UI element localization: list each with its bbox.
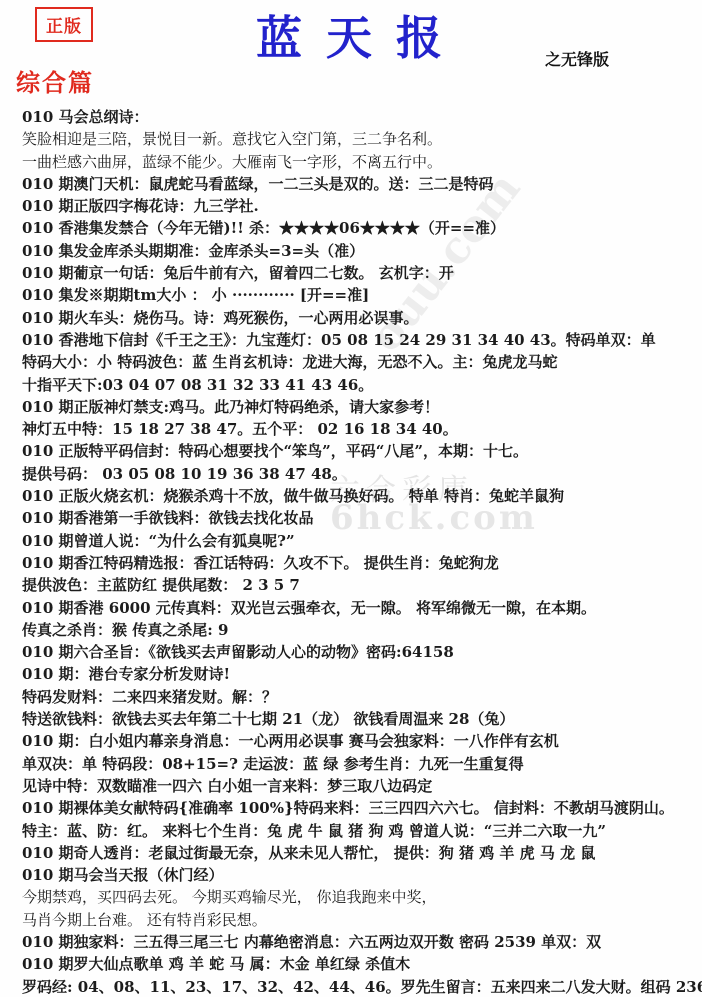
- text-line: 010 期裸体美女献特码{准确率 100%}特码来料：三三四四六六七。 信封料：…: [22, 797, 700, 819]
- text-line: 马肖今期上台难。 还有特肖彩民想。: [22, 909, 700, 931]
- text-line: 单双决：单 特码段：08+15=? 走运波：蓝 绿 参考生肖：九死一生重复得: [22, 753, 700, 775]
- text-line: 提供波色：主蓝防红 提供尾数： 2 3 5 7: [22, 574, 700, 596]
- text-line: 010 期六合圣旨：《欲钱买去声留影动人心的动物》密码:64158: [22, 641, 700, 663]
- text-line: 010 期正版四字梅花诗：九三学社.: [22, 195, 700, 217]
- text-line: 010 期奇人透肖：老鼠过街最无奈，从来未见人帮忙， 提供：狗 猪 鸡 羊 虎 …: [22, 842, 700, 864]
- text-line: 010 期澳门天机：鼠虎蛇马看蓝绿，一二三头是双的。送：三二是特码: [22, 173, 700, 195]
- text-line: 特码发财料：二来四来猪发财。解：？: [22, 686, 700, 708]
- text-line: 010 期葡京一句话：兔后牛前有六，留着四二七数。 玄机字：开: [22, 262, 700, 284]
- text-line: 传真之杀肖：猴 传真之杀尾: 9: [22, 619, 700, 641]
- text-line: 010 正版火烧玄机：烧猴杀鸡十不放，做牛做马换好码。 特单 特肖：兔蛇羊鼠狗: [22, 485, 700, 507]
- text-line: 010 期独家料：三五得三尾三七 内幕绝密消息：六五两边双开数 密码 2539 …: [22, 931, 700, 953]
- text-line: 特主：蓝、防：红。 来料七个生肖：兔 虎 牛 鼠 猪 狗 鸡 曾道人说：“三并二…: [22, 820, 700, 842]
- text-line: 010 期香港第一手欲钱料：欲钱去找化妆品: [22, 507, 700, 529]
- page: ouu.com 六合彩庫 6hck.com 正版 蓝 天 报 之无锋版 综合篇 …: [0, 0, 702, 997]
- text-line: 一曲栏感六曲屏，蓝绿不能少。大雁南飞一字形，不离五行中。: [22, 151, 700, 173]
- text-line: 提供号码： 03 05 08 10 19 36 38 47 48。: [22, 463, 700, 485]
- text-line: 010 期正版神灯禁支:鸡马。此乃神灯特码绝杀，请大家参考！: [22, 396, 700, 418]
- text-line: 罗码经: 04、08、11、23、17、32、42、44、46。罗先生留言：五来…: [22, 976, 700, 997]
- section-title: 综合篇: [16, 63, 94, 98]
- text-line: 见诗中特：双数瞄准一四六 白小姐一言来料：梦三取八边码定: [22, 775, 700, 797]
- text-line: 010 期：港台专家分析发财诗!: [22, 663, 700, 685]
- text-line: 今期禁鸡，买四码去死。 今期买鸡输尽光， 你追我跑来中奖，: [22, 886, 700, 908]
- text-line: 特码大小：小 特码波色：蓝 生肖玄机诗：龙进大海，无恐不入。主：兔虎龙马蛇: [22, 351, 700, 373]
- text-line: 010 期曾道人说：“为什么会有狐臭呢?”: [22, 530, 700, 552]
- text-line: 010 香港集发禁合（今年无错)!! 杀：★★★★06★★★★（开==准）: [22, 217, 700, 239]
- text-line: 010 集发金库杀头期期准：金库杀头=3=头（准）: [22, 240, 700, 262]
- text-line: 010 期火车头：烧伤马。诗：鸡死猴伤，一心两用必误事。: [22, 307, 700, 329]
- text-line: 010 期马会当天报（休门经）: [22, 864, 700, 886]
- text-line: 010 期香江特码精选报：香江话特码：久攻不下。 提供生肖：兔蛇狗龙: [22, 552, 700, 574]
- text-line: 笑脸相迎是三陪，景悦目一新。意找它入空门第，三二争名利。: [22, 128, 700, 150]
- text-line: 010 正版特平码信封：特码心想要找个“笨鸟”，平码“八尾”，本期：十七。: [22, 440, 700, 462]
- text-line: 十指平天下:03 04 07 08 31 32 33 41 43 46。: [22, 374, 700, 396]
- text-line: 神灯五中特：15 18 27 38 47。五个平： 02 16 18 34 40…: [22, 418, 700, 440]
- edition-label: 之无锋版: [545, 47, 609, 70]
- text-line: 010 香港地下信封《千王之王》：九宝莲灯：05 08 15 24 29 31 …: [22, 329, 700, 351]
- text-line: 010 集发※期期tm大小 ： 小 ············ [开==准]: [22, 284, 700, 306]
- text-line: 010 期香港 6000 元传真料：双光岂云强牵衣，无一隙。 将军绵微无一隙，在…: [22, 597, 700, 619]
- text-line: 010 期罗大仙点歌单 鸡 羊 蛇 马 属：木金 单红绿 杀值木: [22, 953, 700, 975]
- text-line: 特送欲钱料：欲钱去买去年第二十七期 21（龙） 欲钱看周温来 28（兔）: [22, 708, 700, 730]
- text-lines-container: 010 马会总纲诗：笑脸相迎是三陪，景悦目一新。意找它入空门第，三二争名利。一曲…: [22, 106, 700, 997]
- text-line: 010 马会总纲诗：: [22, 106, 700, 128]
- text-line: 010 期：白小姐内幕亲身消息：一心两用必误事 赛马会独家料：一八作伴有玄机: [22, 730, 700, 752]
